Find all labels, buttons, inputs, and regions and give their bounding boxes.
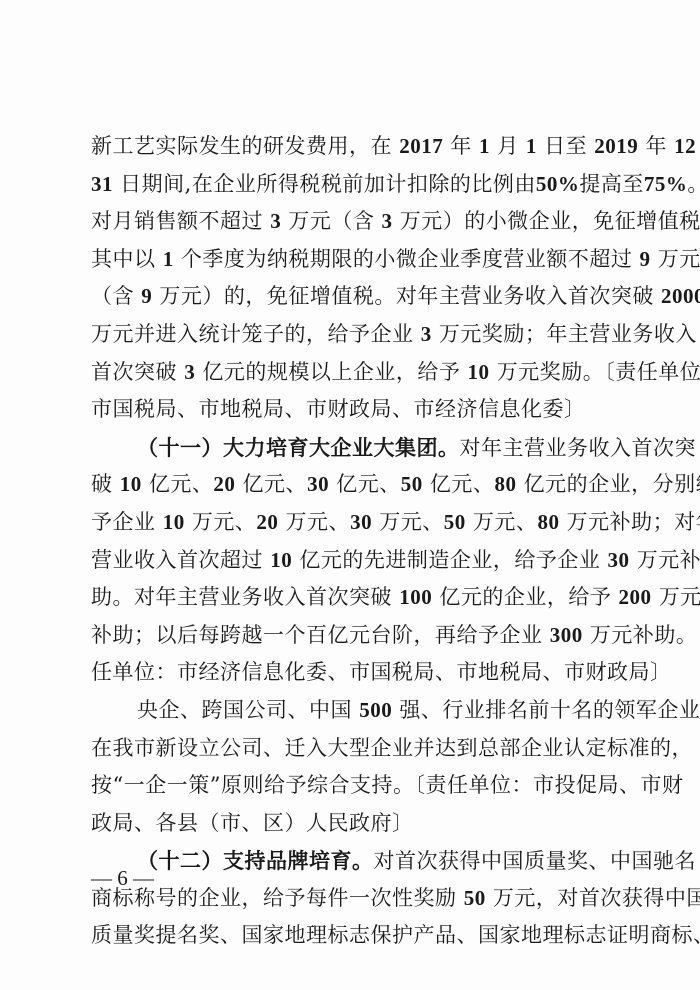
text-segment: 10 bbox=[468, 360, 490, 384]
text-segment: 个季度为纳税期限的小微企业季度营业额不超过 bbox=[174, 247, 640, 271]
text-segment: 万元，对首次获得中国 bbox=[486, 886, 700, 910]
document-body: 新工艺实际发生的研发费用，在 2017 年 1 月 1 日至 2019 年 12… bbox=[91, 128, 613, 955]
text-segment: 3 bbox=[184, 360, 195, 384]
text-segment: 万元奖励。〔责任单位： bbox=[490, 360, 700, 384]
text-line: 补助；以后每跨越一个百亿元台阶，再给予企业 300 万元补助。〔责 bbox=[91, 617, 613, 655]
text-line: 央企、跨国公司、中国 500 强、行业排名前十名的领军企业 bbox=[91, 692, 613, 730]
text-line: 破 10 亿元、20 亿元、30 亿元、50 亿元、80 亿元的企业，分别给 bbox=[91, 466, 613, 504]
text-segment: 10 bbox=[163, 510, 185, 534]
text-segment: 市国税局、市地税局、市财政局、市经济信息化委〕 bbox=[91, 397, 586, 421]
text-line: （十二）支持品牌培育。对首次获得中国质量奖、中国驰名 bbox=[91, 842, 613, 880]
text-segment: 3 bbox=[382, 209, 393, 233]
text-line: 新工艺实际发生的研发费用，在 2017 年 1 月 1 日至 2019 年 12… bbox=[91, 128, 613, 166]
text-segment: 日期间,在企业所得税税前加计扣除的比例由 bbox=[113, 172, 536, 196]
text-segment: 年 bbox=[638, 134, 674, 158]
page-number: — 6 — bbox=[91, 866, 154, 891]
text-segment: 30 bbox=[350, 510, 372, 534]
text-segment: 年 bbox=[443, 134, 479, 158]
text-segment: 亿元的规模以上企业，给予 bbox=[195, 360, 467, 384]
text-segment: 在我市新设立公司、迁入大型企业并达到总部企业认定标准的， bbox=[91, 736, 693, 760]
text-segment: 50 bbox=[464, 886, 486, 910]
text-segment: 首次突破 bbox=[91, 360, 184, 384]
text-segment: 月 bbox=[696, 134, 700, 158]
text-segment: 万元补 bbox=[630, 548, 700, 572]
text-segment: 50% bbox=[536, 172, 580, 196]
text-line: 营业收入首次超过 10 亿元的先进制造企业，给予企业 30 万元补 bbox=[91, 542, 613, 580]
section-heading: （十一）大力培育大企业大集团。 bbox=[137, 435, 460, 460]
text-segment: 万元、 bbox=[185, 510, 257, 534]
text-line: （十一）大力培育大企业大集团。对年主营业务收入首次突 bbox=[91, 429, 613, 467]
text-segment: 3 bbox=[270, 209, 281, 233]
text-segment: 按“一企一策”原则给予综合支持。〔责任单位：市投促局、市财 bbox=[91, 773, 683, 797]
text-segment: （含 bbox=[91, 284, 141, 308]
text-line: 政局、各县（市、区）人民政府〕 bbox=[91, 805, 613, 843]
text-segment: 。 bbox=[687, 172, 700, 196]
text-segment: 万元（含 bbox=[281, 209, 381, 233]
text-line: 其中以 1 个季度为纳税期限的小微企业季度营业额不超过 9 万元 bbox=[91, 241, 613, 279]
text-line: 按“一企一策”原则给予综合支持。〔责任单位：市投促局、市财 bbox=[91, 767, 613, 805]
text-segment: 20 bbox=[213, 472, 235, 496]
text-line: 予企业 10 万元、20 万元、30 万元、50 万元、80 万元补助；对年 bbox=[91, 504, 613, 542]
text-segment: 任单位：市经济信息化委、市国税局、市地税局、市财政局〕 bbox=[91, 660, 672, 684]
text-segment: 200 bbox=[619, 585, 652, 609]
text-segment: 强、行业排名前十名的领军企业 bbox=[392, 698, 700, 722]
text-segment: 万元）的小微企业，免征增值税； bbox=[393, 209, 700, 233]
text-segment: 万元补助。〔责 bbox=[583, 623, 700, 647]
text-segment: 20 bbox=[256, 510, 278, 534]
text-segment: 万元、 bbox=[278, 510, 350, 534]
text-segment: 助。对年主营业务收入首次突破 bbox=[91, 585, 399, 609]
text-segment: 万元、 bbox=[466, 510, 538, 534]
text-segment: 3 bbox=[421, 322, 432, 346]
text-segment: 其中以 bbox=[91, 247, 163, 271]
document-page: 新工艺实际发生的研发费用，在 2017 年 1 月 1 日至 2019 年 12… bbox=[0, 0, 700, 990]
text-line: （含 9 万元）的，免征增值税。对年主营业务收入首次突破 2000 bbox=[91, 278, 613, 316]
text-segment: 1 bbox=[526, 134, 537, 158]
text-segment: 予企业 bbox=[91, 510, 163, 534]
text-segment: 亿元的先进制造企业，给予企业 bbox=[292, 548, 607, 572]
text-segment: 亿元、 bbox=[329, 472, 401, 496]
text-line: 市国税局、市地税局、市财政局、市经济信息化委〕 bbox=[91, 391, 613, 429]
text-segment: 100 bbox=[399, 585, 432, 609]
text-segment: 80 bbox=[494, 472, 516, 496]
text-segment: 1 bbox=[479, 134, 490, 158]
text-segment: 亿元的企业，给予 bbox=[432, 585, 618, 609]
text-segment: 500 bbox=[359, 698, 392, 722]
text-segment: 央企、跨国公司、中国 bbox=[137, 698, 359, 722]
text-segment: 万元补助；对年 bbox=[559, 510, 700, 534]
text-segment: 亿元的企业，分别给 bbox=[516, 472, 700, 496]
text-segment: 万元奖励；年主营业务收入 bbox=[432, 322, 697, 346]
text-segment: 10 bbox=[270, 548, 292, 572]
text-segment: 9 bbox=[141, 284, 152, 308]
text-segment: 1 bbox=[163, 247, 174, 271]
text-segment: 新工艺实际发生的研发费用，在 bbox=[91, 134, 399, 158]
text-segment: 30 bbox=[307, 472, 329, 496]
text-segment: 50 bbox=[401, 472, 423, 496]
text-segment: 万元 bbox=[652, 585, 700, 609]
text-segment: 2017 bbox=[399, 134, 443, 158]
text-segment: 对年主营业务收入首次突 bbox=[460, 436, 697, 460]
text-segment: 日至 bbox=[537, 134, 594, 158]
text-segment: 50 bbox=[444, 510, 466, 534]
text-line: 万元并进入统计笼子的，给予企业 3 万元奖励；年主营业务收入 bbox=[91, 316, 613, 354]
text-line: 首次突破 3 亿元的规模以上企业，给予 10 万元奖励。〔责任单位： bbox=[91, 354, 613, 392]
text-segment: 政局、各县（市、区）人民政府〕 bbox=[91, 811, 414, 835]
text-segment: 9 bbox=[640, 247, 651, 271]
text-segment: 75% bbox=[644, 172, 688, 196]
text-line: 对月销售额不超过 3 万元（含 3 万元）的小微企业，免征增值税； bbox=[91, 203, 613, 241]
text-segment: 2019 bbox=[594, 134, 638, 158]
text-segment: 质量奖提名奖、国家地理标志保护产品、国家地理标志证明商标、 bbox=[91, 923, 700, 947]
text-segment: 亿元、 bbox=[142, 472, 214, 496]
text-segment: 12 bbox=[674, 134, 696, 158]
text-segment: 2000 bbox=[661, 284, 700, 308]
text-segment: 10 bbox=[120, 472, 142, 496]
text-segment: 营业收入首次超过 bbox=[91, 548, 270, 572]
text-segment: 补助；以后每跨越一个百亿元台阶，再给予企业 bbox=[91, 623, 550, 647]
text-line: 在我市新设立公司、迁入大型企业并达到总部企业认定标准的， bbox=[91, 730, 613, 768]
text-segment: 月 bbox=[490, 134, 526, 158]
text-line: 任单位：市经济信息化委、市国税局、市地税局、市财政局〕 bbox=[91, 654, 613, 692]
text-segment: 万元、 bbox=[372, 510, 444, 534]
text-line: 质量奖提名奖、国家地理标志保护产品、国家地理标志证明商标、 bbox=[91, 917, 613, 955]
text-segment: 破 bbox=[91, 472, 120, 496]
text-segment: 万元 bbox=[651, 247, 700, 271]
text-segment: 300 bbox=[550, 623, 583, 647]
text-segment: 对首次获得中国质量奖、中国驰名 bbox=[374, 849, 697, 873]
text-line: 助。对年主营业务收入首次突破 100 亿元的企业，给予 200 万元 bbox=[91, 579, 613, 617]
text-segment: 亿元、 bbox=[423, 472, 495, 496]
text-segment: 31 bbox=[91, 172, 113, 196]
text-segment: 提高至 bbox=[579, 172, 644, 196]
text-segment: 30 bbox=[608, 548, 630, 572]
text-segment: 对月销售额不超过 bbox=[91, 209, 270, 233]
text-segment: 亿元、 bbox=[235, 472, 307, 496]
text-line: 31 日期间,在企业所得税税前加计扣除的比例由50%提高至75%。 bbox=[91, 166, 613, 204]
text-line: 商标称号的企业，给予每件一次性奖励 50 万元，对首次获得中国 bbox=[91, 880, 613, 918]
section-heading: （十二）支持品牌培育。 bbox=[137, 848, 374, 873]
text-segment: 万元并进入统计笼子的，给予企业 bbox=[91, 322, 421, 346]
text-segment: 万元）的，免征增值税。对年主营业务收入首次突破 bbox=[152, 284, 661, 308]
text-segment: 80 bbox=[537, 510, 559, 534]
